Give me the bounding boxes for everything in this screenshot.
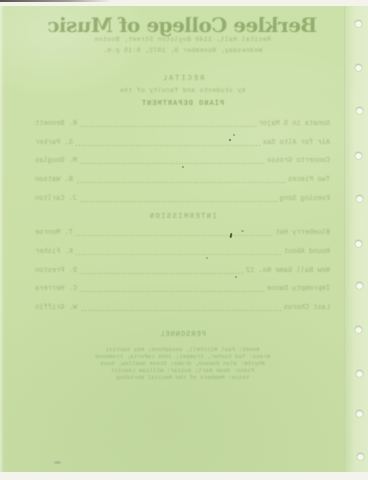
program-line: Evening Song J. Carlton (35, 195, 330, 203)
personnel-line: Voice: Members of the Recital Workshop (35, 374, 330, 381)
venue-line: Recital Hall, 1140 Boylston Street, Bost… (35, 36, 330, 43)
scanned-page: { "colors":{ "paper_green":"#c9dfa6", "b… (0, 0, 368, 480)
personnel-line: Brass: Ted Casher, trumpet; John LaPorta… (35, 353, 330, 360)
dotted-leader (80, 126, 256, 127)
dotted-leader (80, 163, 264, 164)
program-title: Impromptu Dance (267, 285, 330, 293)
program-performer: K. Fisher (35, 248, 73, 256)
dotted-leader (80, 310, 281, 311)
ink-speck (182, 166, 184, 168)
dotted-leader (80, 291, 264, 292)
personnel-heading: PERSONNEL (35, 331, 330, 339)
dotted-leader (76, 182, 285, 183)
personnel-line: Rhythm: Alan Dawson, drums; Steve Swallo… (35, 360, 330, 367)
program-title: Evening Song (280, 195, 330, 203)
punch-hole (356, 410, 363, 417)
dotted-leader (76, 145, 260, 146)
department-line: PIANO DEPARTMENT (35, 100, 330, 108)
dotted-leader (80, 273, 243, 274)
punch-hole (355, 20, 362, 27)
institution-title: Berklee College of Music (35, 13, 330, 37)
ink-speck (229, 139, 231, 141)
program-performer: C. Herrera (35, 285, 77, 293)
program-line: Sonata in G Major R. Bennett (35, 120, 330, 128)
program-performer: M. Douglas (35, 157, 77, 165)
program-performer: S. Parker (35, 139, 73, 147)
punch-hole (357, 453, 364, 460)
recital-title: RECITAL (35, 75, 330, 83)
personnel-line: Piano: Dean Earl; Guitar: William Leavit… (35, 367, 330, 374)
punch-hole (355, 240, 362, 247)
ink-speck (241, 230, 244, 232)
program-performer: J. Carlton (35, 195, 77, 203)
punch-hole (355, 326, 362, 333)
program-performer: D. Preston (35, 267, 77, 275)
program-title: Blueberry Hat (275, 229, 330, 237)
intermission-heading: INTERMISSION (35, 213, 330, 221)
program-title: Round About (284, 248, 330, 256)
program-title: Air for Alto Sax (263, 139, 330, 147)
date-line: Wednesday, November 8, 1972, 8:15 p.m. (35, 47, 330, 54)
punch-hole (356, 282, 363, 289)
program-title: Last Chorus (284, 304, 330, 312)
punch-hole (355, 64, 362, 71)
dotted-leader (76, 235, 273, 236)
program-line: New Ball Game No. 12 D. Preston (35, 267, 330, 275)
punch-hole (356, 107, 363, 114)
program-line: Last Chorus W. Griffin (35, 304, 330, 312)
program-title: Two Pieces (288, 176, 330, 184)
program-performer: R. Bennett (35, 120, 77, 128)
punch-hole (355, 152, 362, 159)
scanner-artifact-line (0, 0, 112, 2)
program-title: New Ball Game No. 12 (246, 267, 330, 275)
program-line: Air for Alto Sax S. Parker (35, 139, 330, 147)
smudge (54, 461, 61, 464)
personnel-line: Reeds: Paul Mitchell, saxophone; Ray San… (35, 346, 330, 353)
recital-byline: by students and faculty of the (35, 87, 330, 94)
program-performer: B. Watson (35, 176, 73, 184)
punch-hole (356, 370, 363, 377)
punch-hole (356, 195, 363, 202)
program-performer: T. Monroe (35, 229, 73, 237)
dotted-leader (80, 201, 277, 202)
program-line: Two Pieces B. Watson (35, 176, 330, 184)
program-title: Concerto Grosso (267, 157, 330, 165)
ink-speck (235, 276, 237, 278)
program-title: Sonata in G Major (259, 120, 330, 128)
ink-speck (206, 257, 208, 259)
dotted-leader (76, 254, 281, 255)
program-line: Round About K. Fisher (35, 248, 330, 256)
ink-speck (233, 134, 235, 136)
program-line: Concerto Grosso M. Douglas (35, 157, 330, 165)
program-line: Impromptu Dance C. Herrera (35, 285, 330, 293)
bleedthrough-layer: Berklee College of Music Recital Hall, 1… (0, 6, 348, 472)
program-line: Blueberry Hat T. Monroe (35, 229, 330, 237)
scanner-bottom-margin (0, 472, 368, 480)
program-performer: W. Griffin (35, 304, 77, 312)
